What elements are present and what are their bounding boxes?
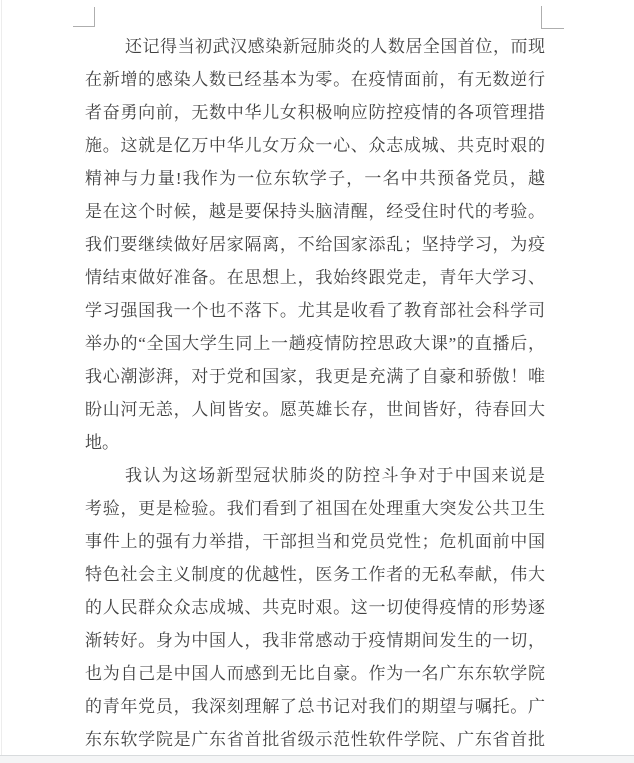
text-line[interactable]: 我们要继续做好居家隔离，不给国家添乱；坚持学习，为疫 — [85, 228, 545, 261]
text-line[interactable]: 特色社会主义制度的优越性，医务工作者的无私奉献，伟大 — [85, 558, 545, 591]
document-page: 还记得当初武汉感染新冠肺炎的人数居全国首位，而现在新增的感染人数已经基本为零。在… — [0, 0, 634, 763]
text-line[interactable]: 考验，更是检验。我们看到了祖国在处理重大突发公共卫生 — [85, 492, 545, 525]
document-text-area[interactable]: 还记得当初武汉感染新冠肺炎的人数居全国首位，而现在新增的感染人数已经基本为零。在… — [85, 30, 545, 756]
text-line[interactable]: 的人民群众众志成城、共克时艰。这一切使得疫情的形势逐 — [85, 591, 545, 624]
text-line[interactable]: 也为自己是中国人而感到无比自豪。作为一名广东东软学院 — [85, 657, 545, 690]
page-left-edge — [1, 0, 2, 755]
text-line[interactable]: 的青年党员，我深刻理解了总书记对我们的期望与嘱托。广 — [85, 690, 545, 723]
text-line[interactable]: 举办的“全国大学生同上一趟疫情防控思政大课”的直播后， — [85, 327, 545, 360]
text-line[interactable]: 情结束做好准备。在思想上，我始终跟党走，青年大学习、 — [85, 261, 545, 294]
page-bottom-edge — [0, 755, 634, 763]
text-line[interactable]: 地。 — [85, 426, 545, 459]
text-line[interactable]: 事件上的强有力举措，干部担当和党员党性；危机面前中国 — [85, 525, 545, 558]
text-line[interactable]: 施。这就是亿万中华儿女万众一心、众志成城、共克时艰的 — [85, 129, 545, 162]
text-line[interactable]: 学习强国我一个也不落下。尤其是收看了教育部社会科学司 — [85, 294, 545, 327]
text-line[interactable]: 是在这个时候，越是要保持头脑清醒，经受住时代的考验。 — [85, 195, 545, 228]
paragraph: 我认为这场新型冠状肺炎的防控斗争对于中国来说是考验，更是检验。我们看到了祖国在处… — [85, 459, 545, 756]
text-line[interactable]: 者奋勇向前，无数中华儿女积极响应防控疫情的各项管理措 — [85, 96, 545, 129]
text-line[interactable]: 精神与力量!我作为一位东软学子，一名中共预备党员，越 — [85, 162, 545, 195]
text-line[interactable]: 渐转好。身为中国人，我非常感动于疫情期间发生的一切， — [85, 624, 545, 657]
paragraph: 还记得当初武汉感染新冠肺炎的人数居全国首位，而现在新增的感染人数已经基本为零。在… — [85, 30, 545, 459]
text-boundary-mark-top-left-icon — [73, 7, 95, 27]
text-line[interactable]: 在新增的感染人数已经基本为零。在疫情面前，有无数逆行 — [85, 63, 545, 96]
text-line[interactable]: 我认为这场新型冠状肺炎的防控斗争对于中国来说是 — [85, 459, 545, 492]
text-line[interactable]: 东东软学院是广东省首批省级示范性软件学院、广东省首批 — [85, 723, 545, 756]
text-boundary-mark-top-right-icon — [541, 6, 564, 29]
text-line[interactable]: 盼山河无恙，人间皆安。愿英雄长存，世间皆好，待春回大 — [85, 393, 545, 426]
text-line[interactable]: 我心潮澎湃，对于党和国家，我更是充满了自豪和骄傲！唯 — [85, 360, 545, 393]
text-line[interactable]: 还记得当初武汉感染新冠肺炎的人数居全国首位，而现 — [85, 30, 545, 63]
